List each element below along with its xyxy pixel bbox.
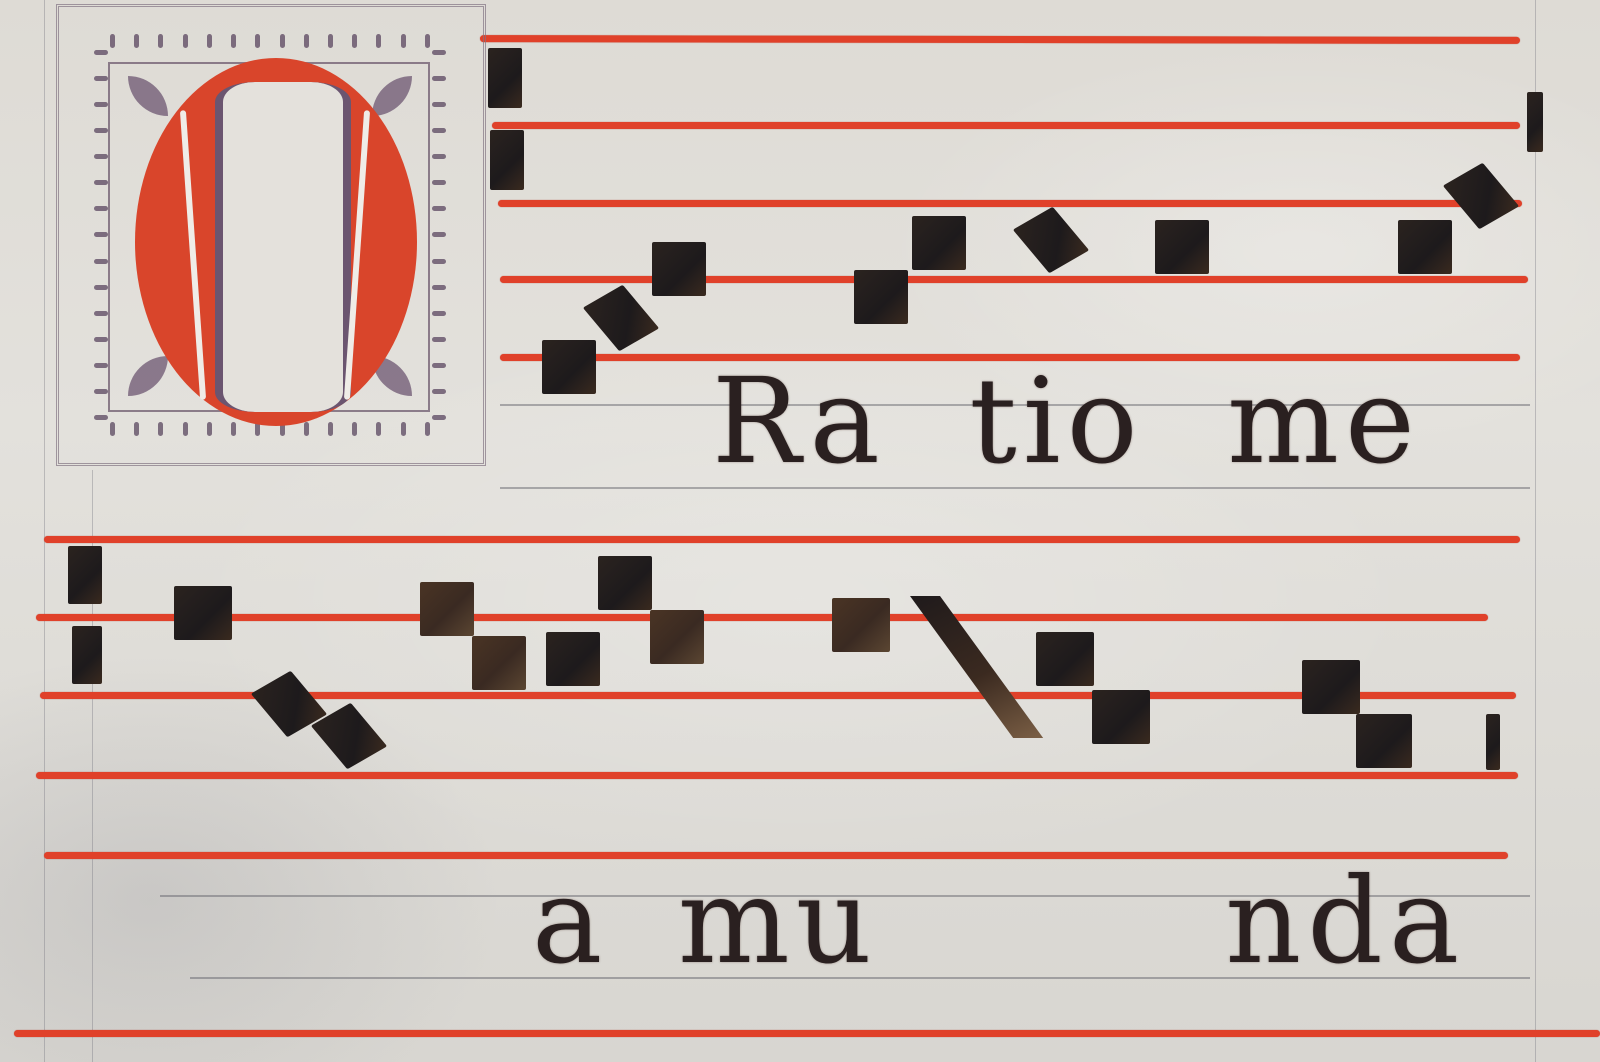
neume-note	[1155, 220, 1209, 274]
neume-note	[1443, 163, 1519, 230]
initial-right-ornament	[432, 50, 446, 420]
staff-3-line-1	[14, 1030, 1600, 1037]
initial-left-ornament	[94, 50, 108, 420]
neume-note	[1092, 690, 1150, 744]
neume-note	[1398, 220, 1452, 274]
neume-note	[68, 546, 102, 604]
custos-mark	[1527, 92, 1543, 152]
lyric-line-2: a mu nda	[532, 862, 1465, 980]
neume-note	[542, 340, 596, 394]
neume-note	[912, 216, 966, 270]
margin-rule	[44, 0, 45, 1062]
custos-mark	[1486, 714, 1500, 770]
staff-1-line-2	[492, 122, 1520, 129]
neume-note	[598, 556, 652, 610]
neume-note	[832, 598, 890, 652]
neume-note	[490, 130, 524, 190]
margin-rule	[1535, 0, 1536, 1062]
neume-note	[546, 632, 600, 686]
manuscript-page: Ra tio me a mu nda	[0, 0, 1600, 1062]
neume-note	[472, 636, 526, 690]
neume-note	[854, 270, 908, 324]
neume-note	[1356, 714, 1412, 768]
initial-counter	[215, 82, 351, 412]
initial-top-ornament	[110, 34, 430, 48]
neume-note	[1302, 660, 1360, 714]
neume-note	[420, 582, 474, 636]
staff-1-line-1	[480, 35, 1520, 44]
staff-2-line-1	[44, 536, 1520, 543]
neume-note	[1013, 207, 1089, 274]
lyric-line-1: Ra tio me	[712, 362, 1421, 480]
staff-2-line-4	[36, 772, 1518, 779]
neume-note	[488, 48, 522, 108]
neume-note	[72, 626, 102, 684]
neume-note	[1036, 632, 1094, 686]
neume-note	[652, 242, 706, 296]
neume-note	[174, 586, 232, 640]
staff-2-line-2	[36, 614, 1488, 621]
neume-note	[650, 610, 704, 664]
staff-1-line-3	[498, 200, 1522, 207]
